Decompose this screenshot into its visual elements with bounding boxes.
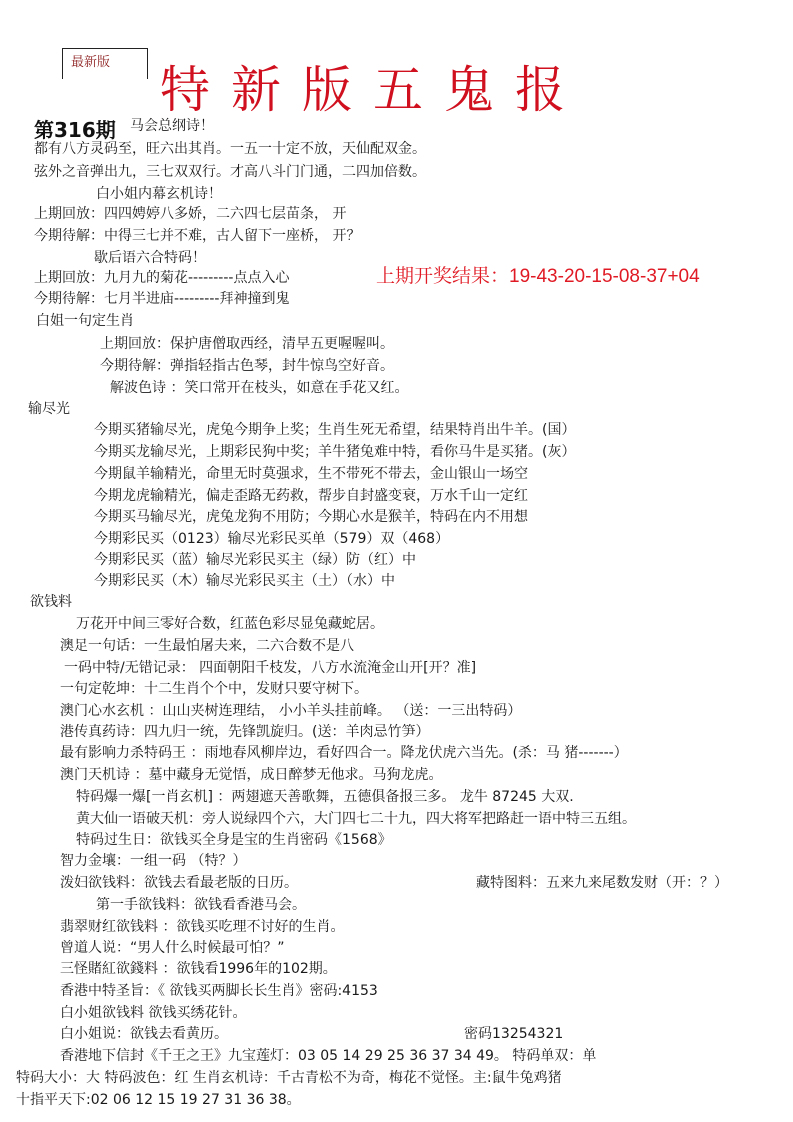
text-line: 上期回放：四四娉婷八多娇，二六四七层苗条， 开 [34, 205, 346, 223]
text-line: 一句定乾坤：十二生肖个个中，发财只要守树下。 [60, 680, 368, 698]
text-line: 香港中特圣旨：《 欲钱买两脚长长生肖》密码:4153 [60, 982, 378, 1000]
text-line: 十指平天下:02 06 12 15 19 27 31 36 38。 [16, 1091, 301, 1109]
text-line: 今期买猪输尽光，虎兔今期争上奖；生肖生死无希望，结果特肖出牛羊。(国） [94, 421, 575, 439]
text-line: 智力金壤：一组一码 （特？） [60, 852, 246, 870]
text-line: 今期龙虎输精光，偏走歪路无药救，帮步自封盛变衰，万水千山一定红 [94, 487, 528, 505]
text-line: 一码中特/无错记录： 四面朝阳千枝发，八方水流淹金山开[开？准] [64, 659, 476, 677]
text-line: 澳足一句话：一生最怕屠夫来，二六合数不是八 [60, 637, 354, 655]
text-line: 特码过生日：欲钱买全身是宝的生肖密码《1568》 [76, 831, 392, 849]
text-line: 香港地下信封《千王之王》九宝莲灯：03 05 14 29 25 36 37 34… [60, 1047, 596, 1065]
text-line: 白小姐说：欲钱去看黄历。 [60, 1025, 228, 1043]
text-line: 白小姐内幕玄机诗！ [96, 185, 222, 203]
text-line: 曾道人说：“男人什么时候最可怕？” [60, 939, 285, 957]
text-line: 上期回放：九月九的菊花---------点点入心 [34, 269, 289, 287]
text-line: 上期回放：保护唐僧取西经，清早五更喔喔叫。 [100, 335, 394, 353]
edition-badge-label: 最新版 [71, 51, 110, 70]
text-line: 马会总纲诗！ [130, 117, 214, 135]
text-line: 欲钱料 [30, 593, 72, 611]
text-line: 今期待解：七月半进庙---------拜神撞到鬼 [34, 290, 289, 308]
last-result-label: 上期开奖结果： [376, 266, 509, 287]
text-line: 歇后语六合特码！ [94, 249, 206, 267]
edition-badge: 最新版 [62, 48, 148, 79]
last-result-numbers: 19-43-20-15-08-37+04 [509, 266, 700, 287]
text-line: 今期彩民买（木）输尽光彩民买主（土）（水）中 [94, 572, 395, 590]
text-line: 今期鼠羊输精光，命里无时莫强求，生不带死不带去，金山银山一场空 [94, 465, 528, 483]
last-result: 上期开奖结果：19-43-20-15-08-37+04 [376, 261, 700, 288]
text-line: 白小姐欲钱料 欲钱买绣花针。 [60, 1004, 246, 1022]
text-line: 今期买龙输尽光，上期彩民狗中奖；羊牛猪兔难中特，看你马牛是买猪。(灰） [94, 443, 575, 461]
page-title: 特新版五鬼报 [160, 60, 586, 120]
text-line: 都有八方灵码至，旺六出其肖。一五一十定不放，天仙配双金。 [34, 140, 426, 158]
text-line: 今期待解：中得三七并不难，古人留下一座桥， 开？ [34, 227, 360, 245]
text-line: 三怪賭紅欲錢料 ：欲钱看1996年的102期。 [60, 960, 337, 978]
text-line: 特码爆一爆[一肖玄机] ：两翅遮天善歌舞，五德俱备报三多。 龙牛 87245 大… [76, 788, 574, 806]
text-line: 今期彩民买（蓝）输尽光彩民买主（绿）防（红）中 [94, 551, 416, 569]
text-line: 今期待解：弹指轻指古色琴，封牛惊鸟空好音。 [100, 357, 394, 375]
text-line: 澳门天机诗 ：墓中藏身无觉悟，成日醉梦无他求。马狗龙虎。 [60, 766, 442, 784]
text-line: 密码13254321 [464, 1025, 563, 1043]
text-line: 黄大仙一语破天机：旁人说绿四个六，大门四七二十九，四大将军把路赶一语中特三五组。 [76, 810, 636, 828]
issue-number: 第316期 [34, 114, 116, 143]
text-line: 今期买马输尽光，虎兔龙狗不用防；今期心水是猴羊，特码在内不用想 [94, 508, 528, 526]
text-line: 白姐一句定生肖 [36, 312, 134, 330]
text-line: 港传真药诗：四九归一统，先锋凯旋归。(送：羊肉忌竹笋） [60, 723, 429, 741]
text-line: 解波色诗 ：笑口常开在枝头，如意在手花又红。 [110, 379, 408, 397]
text-line: 弦外之音弹出九，三七双双行。才高八斗门门通，二四加倍数。 [34, 163, 426, 181]
text-line: 输尽光 [28, 400, 70, 418]
text-line: 翡翠财红欲钱料 ：欲钱买吃理不讨好的生肖。 [60, 918, 344, 936]
text-line: 泼妇欲钱料：欲钱去看最老版的日历。 [60, 874, 298, 892]
text-line: 藏特图料：五来九来尾数发财（开：？） [476, 874, 728, 892]
text-line: 最有影响力杀特码王 ：雨地春风柳岸边，看好四合一。降龙伏虎六当先。(杀：马 猪-… [60, 744, 628, 762]
text-line: 特码大小：大 特码波色：红 生肖玄机诗：千古青松不为奇，梅花不觉怪。主:鼠牛兔鸡… [16, 1069, 562, 1087]
text-line: 澳门心水玄机 ：山山夹树连理结， 小小羊头挂前峰。 （送：一三出特码） [60, 702, 521, 720]
text-line: 万花开中间三零好合数，红蓝色彩尽显兔藏蛇居。 [76, 615, 384, 633]
text-line: 今期彩民买（0123）输尽光彩民买单（579）双（468） [94, 530, 449, 548]
text-line: 第一手欲钱料：欲钱看香港马会。 [96, 896, 306, 914]
